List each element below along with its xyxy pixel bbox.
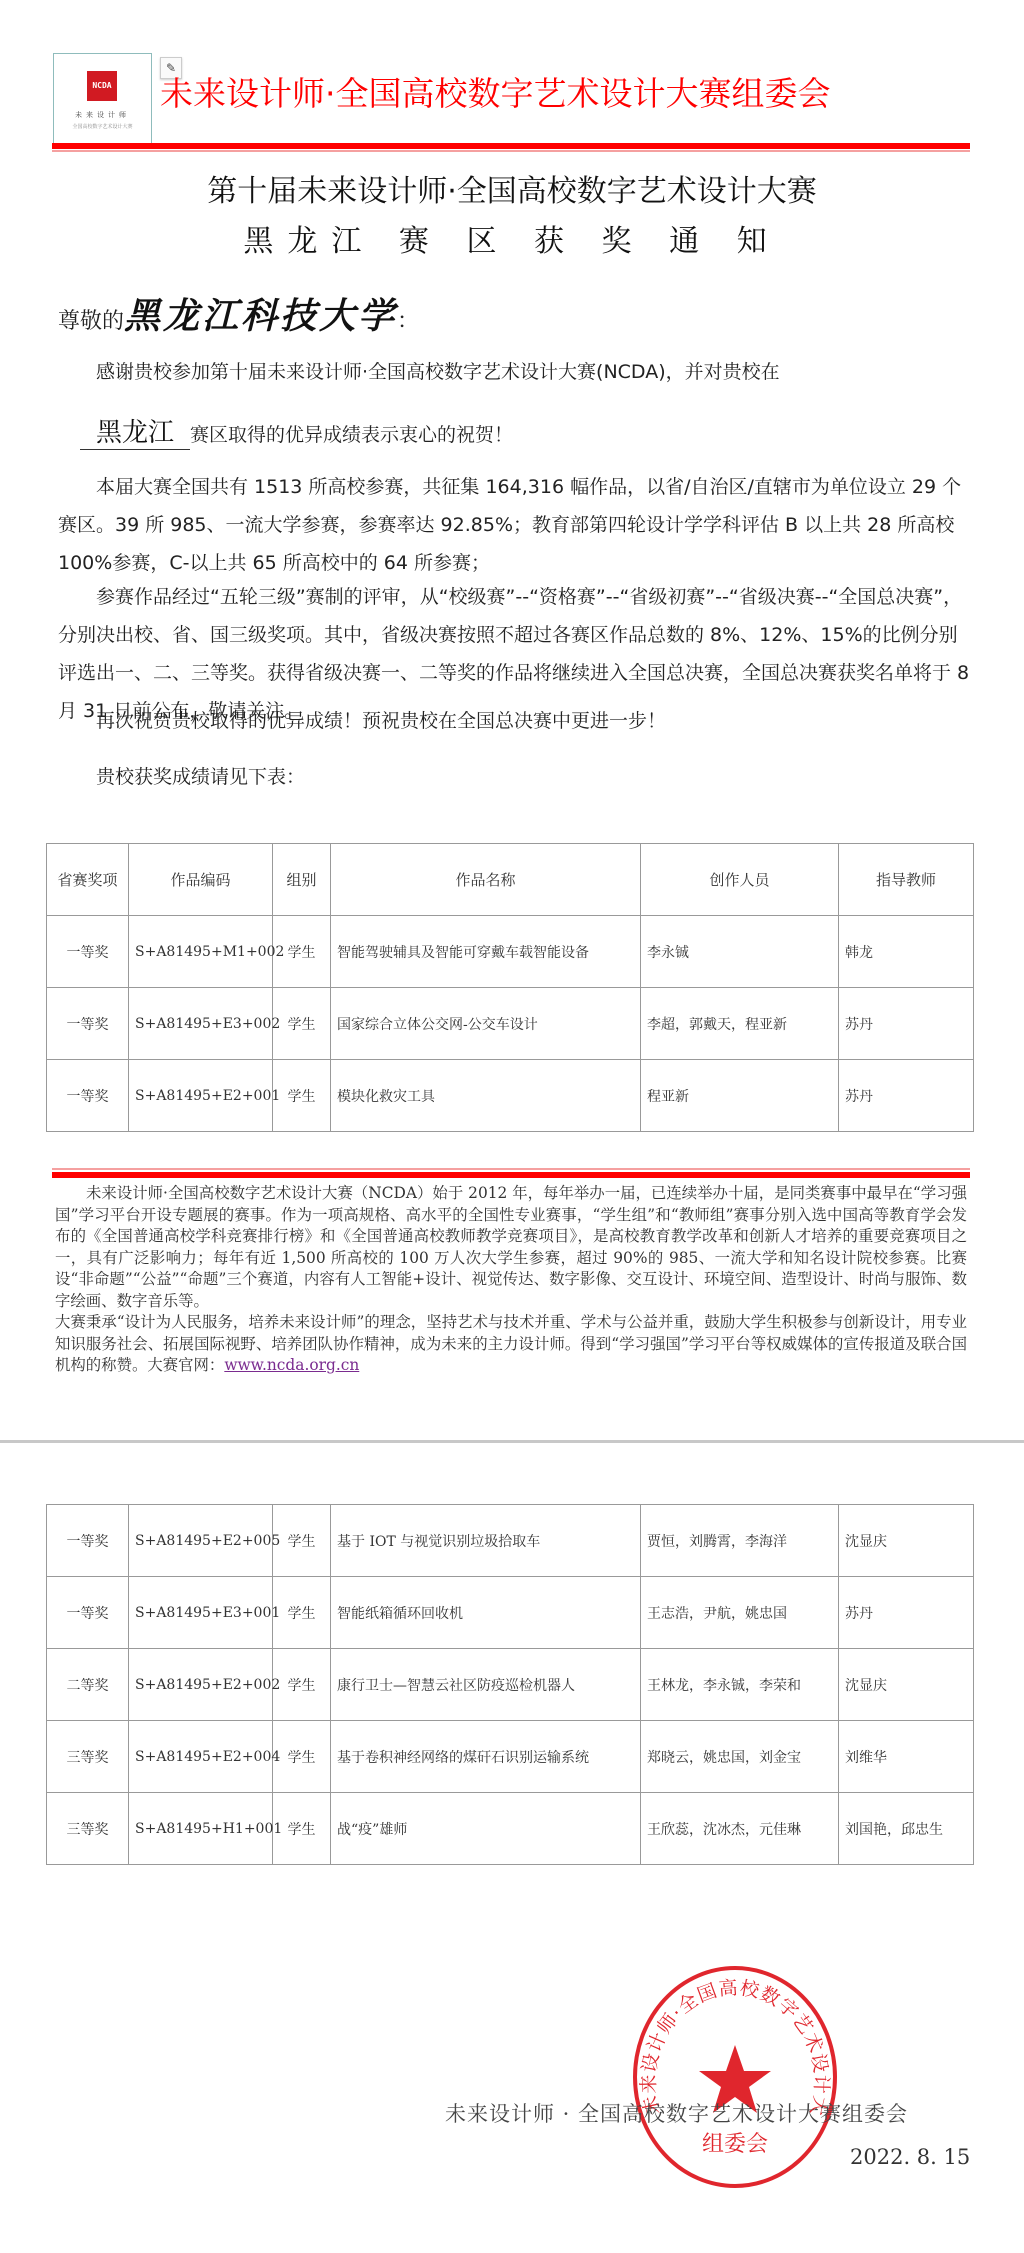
cell-code: S+A81495+E2+004 [129, 1721, 273, 1793]
footer-divider [52, 1172, 970, 1178]
footer-divider-thin [52, 1168, 970, 1170]
org-title: 未来设计师·全国高校数字艺术设计大赛组委会 [160, 74, 831, 114]
cell-award: 一等奖 [47, 988, 129, 1060]
paragraph-stats: 本届大赛全国共有 1513 所高校参赛，共征集 164,316 幅作品，以省/自… [58, 468, 970, 582]
official-stamp: 未来设计师·全国高校数字艺术设计大赛 组委会 [630, 1963, 840, 2191]
header-divider [52, 143, 970, 149]
cell-advisor: 沈显庆 [839, 1649, 974, 1721]
cell-advisor: 韩龙 [839, 916, 974, 988]
cell-group: 学生 [273, 1649, 331, 1721]
cell-creators: 程亚新 [641, 1060, 839, 1132]
table-row: 三等奖 S+A81495+E2+004 学生 基于卷积神经网络的煤矸石识别运输系… [47, 1721, 974, 1793]
cell-award: 三等奖 [47, 1793, 129, 1865]
table-row: 一等奖 S+A81495+E3+001 学生 智能纸箱循环回收机 王志浩，尹航，… [47, 1577, 974, 1649]
cell-group: 学生 [273, 1505, 331, 1577]
about-paragraph-1: 未来设计师·全国高校数字艺术设计大赛（NCDA）始于 2012 年，每年举办一届… [55, 1183, 967, 1312]
cell-title: 模块化救灾工具 [331, 1060, 641, 1132]
cell-code: S+A81495+E3+002 [129, 988, 273, 1060]
table-header-row: 省赛奖项 作品编码 组别 作品名称 创作人员 指导教师 [47, 844, 974, 916]
paragraph-wishes: 再次祝贺贵校取得的优异成绩！预祝贵校在全国总决赛中更进一步！ [58, 702, 970, 740]
cell-advisor: 苏丹 [839, 1060, 974, 1132]
document-title: 第十届未来设计师·全国高校数字艺术设计大赛 [0, 166, 1024, 210]
website-link[interactable]: www.ncda.org.cn [224, 1356, 359, 1374]
cell-creators: 李永铖 [641, 916, 839, 988]
cell-creators: 王林龙，李永铖，李荣和 [641, 1649, 839, 1721]
cell-group: 学生 [273, 1060, 331, 1132]
paragraph-thanks: 感谢贵校参加第十届未来设计师·全国高校数字艺术设计大赛(NCDA)，并对贵校在 [58, 353, 970, 391]
cell-code: S+A81495+E3+001 [129, 1577, 273, 1649]
document-subtitle: 黑龙江 赛 区 获 奖 通 知 [0, 216, 1024, 260]
cell-group: 学生 [273, 1721, 331, 1793]
cell-group: 学生 [273, 988, 331, 1060]
signature-organization: 未来设计师 · 全国高校数字艺术设计大赛组委会 [445, 2098, 908, 2128]
table-row: 三等奖 S+A81495+H1+001 学生 战“疫”雄师 王欣蕊，沈冰杰，元佳… [47, 1793, 974, 1865]
table-row: 一等奖 S+A81495+E2+005 学生 基于 IOT 与视觉识别垃圾拾取车… [47, 1505, 974, 1577]
cell-title: 国家综合立体公交网-公交车设计 [331, 988, 641, 1060]
cell-award: 一等奖 [47, 1577, 129, 1649]
cell-creators: 王欣蕊，沈冰杰，元佳琳 [641, 1793, 839, 1865]
stamp-seal-icon: 未来设计师·全国高校数字艺术设计大赛 组委会 [630, 1963, 840, 2191]
cell-advisor: 苏丹 [839, 988, 974, 1060]
cell-code: S+A81495+E2+001 [129, 1060, 273, 1132]
region-congrats: 赛区取得的优异成绩表示衷心的祝贺！ [190, 424, 513, 446]
salutation-prefix: 尊敬的 [58, 309, 124, 334]
cell-creators: 郑晓云，姚忠国，刘金宝 [641, 1721, 839, 1793]
cell-title: 战“疫”雄师 [331, 1793, 641, 1865]
table-row: 一等奖 S+A81495+E3+002 学生 国家综合立体公交网-公交车设计 李… [47, 988, 974, 1060]
table-row: 一等奖 S+A81495+E2+001 学生 模块化救灾工具 程亚新 苏丹 [47, 1060, 974, 1132]
cell-advisor: 苏丹 [839, 1577, 974, 1649]
header-title: 作品名称 [331, 844, 641, 916]
header-creators: 创作人员 [641, 844, 839, 916]
cell-advisor: 沈显庆 [839, 1505, 974, 1577]
cell-title: 康行卫士—智慧云社区防疫巡检机器人 [331, 1649, 641, 1721]
cell-award: 三等奖 [47, 1721, 129, 1793]
about-paragraph-2: 大赛秉承“设计为人民服务，培养未来设计师”的理念，坚持艺术与技术并重、学术与公益… [55, 1312, 967, 1377]
svg-text:组委会: 组委会 [702, 2132, 768, 2157]
cell-title: 基于 IOT 与视觉识别垃圾拾取车 [331, 1505, 641, 1577]
cell-title: 基于卷积神经网络的煤矸石识别运输系统 [331, 1721, 641, 1793]
awards-table: 省赛奖项 作品编码 组别 作品名称 创作人员 指导教师 一等奖 S+A81495… [46, 843, 974, 1132]
cell-title: 智能驾驶辅具及智能可穿戴车载智能设备 [331, 916, 641, 988]
cell-award: 一等奖 [47, 916, 129, 988]
table-row: 二等奖 S+A81495+E2+002 学生 康行卫士—智慧云社区防疫巡检机器人… [47, 1649, 974, 1721]
awards-table-continued: 一等奖 S+A81495+E2+005 学生 基于 IOT 与视觉识别垃圾拾取车… [46, 1504, 974, 1865]
header-code: 作品编码 [129, 844, 273, 916]
cell-title: 智能纸箱循环回收机 [331, 1577, 641, 1649]
cell-award: 二等奖 [47, 1649, 129, 1721]
page-separator [0, 1440, 1024, 1443]
paragraph-see-table: 贵校获奖成绩请见下表： [58, 758, 970, 796]
logo-mark: NCDA [87, 71, 117, 101]
cell-advisor: 刘国艳，邱忠生 [839, 1793, 974, 1865]
salutation-suffix: ： [397, 309, 419, 334]
header-award: 省赛奖项 [47, 844, 129, 916]
cell-code: S+A81495+M1+002 [129, 916, 273, 988]
logo: NCDA 未来设计师 全国高校数字艺术设计大赛 [53, 53, 152, 147]
school-name: 黑龙江科技大学 [124, 295, 397, 337]
cell-group: 学生 [273, 1577, 331, 1649]
logo-name: 未来设计师 [54, 110, 151, 120]
about-paragraph-2-text: 大赛秉承“设计为人民服务，培养未来设计师”的理念，坚持艺术与技术并重、学术与公益… [55, 1313, 967, 1374]
cell-code: S+A81495+E2+002 [129, 1649, 273, 1721]
region-line: 黑龙江赛区取得的优异成绩表示衷心的祝贺！ [80, 412, 513, 450]
cell-creators: 贾恒，刘腾霄，李海洋 [641, 1505, 839, 1577]
logo-subtitle: 全国高校数字艺术设计大赛 [54, 123, 151, 130]
signature-date: 2022. 8. 15 [850, 2145, 970, 2169]
region-name: 黑龙江 [80, 412, 190, 450]
header-group: 组别 [273, 844, 331, 916]
cell-advisor: 刘维华 [839, 1721, 974, 1793]
header-divider-thin [52, 150, 970, 152]
header-advisor: 指导教师 [839, 844, 974, 916]
cell-award: 一等奖 [47, 1060, 129, 1132]
cell-code: S+A81495+E2+005 [129, 1505, 273, 1577]
cell-creators: 王志浩，尹航，姚忠国 [641, 1577, 839, 1649]
table-row: 一等奖 S+A81495+M1+002 学生 智能驾驶辅具及智能可穿戴车载智能设… [47, 916, 974, 988]
salutation: 尊敬的黑龙江科技大学： [58, 288, 419, 339]
cell-code: S+A81495+H1+001 [129, 1793, 273, 1865]
about-section: 未来设计师·全国高校数字艺术设计大赛（NCDA）始于 2012 年，每年举办一届… [55, 1183, 967, 1377]
cell-award: 一等奖 [47, 1505, 129, 1577]
cell-creators: 李超，郭戴天，程亚新 [641, 988, 839, 1060]
